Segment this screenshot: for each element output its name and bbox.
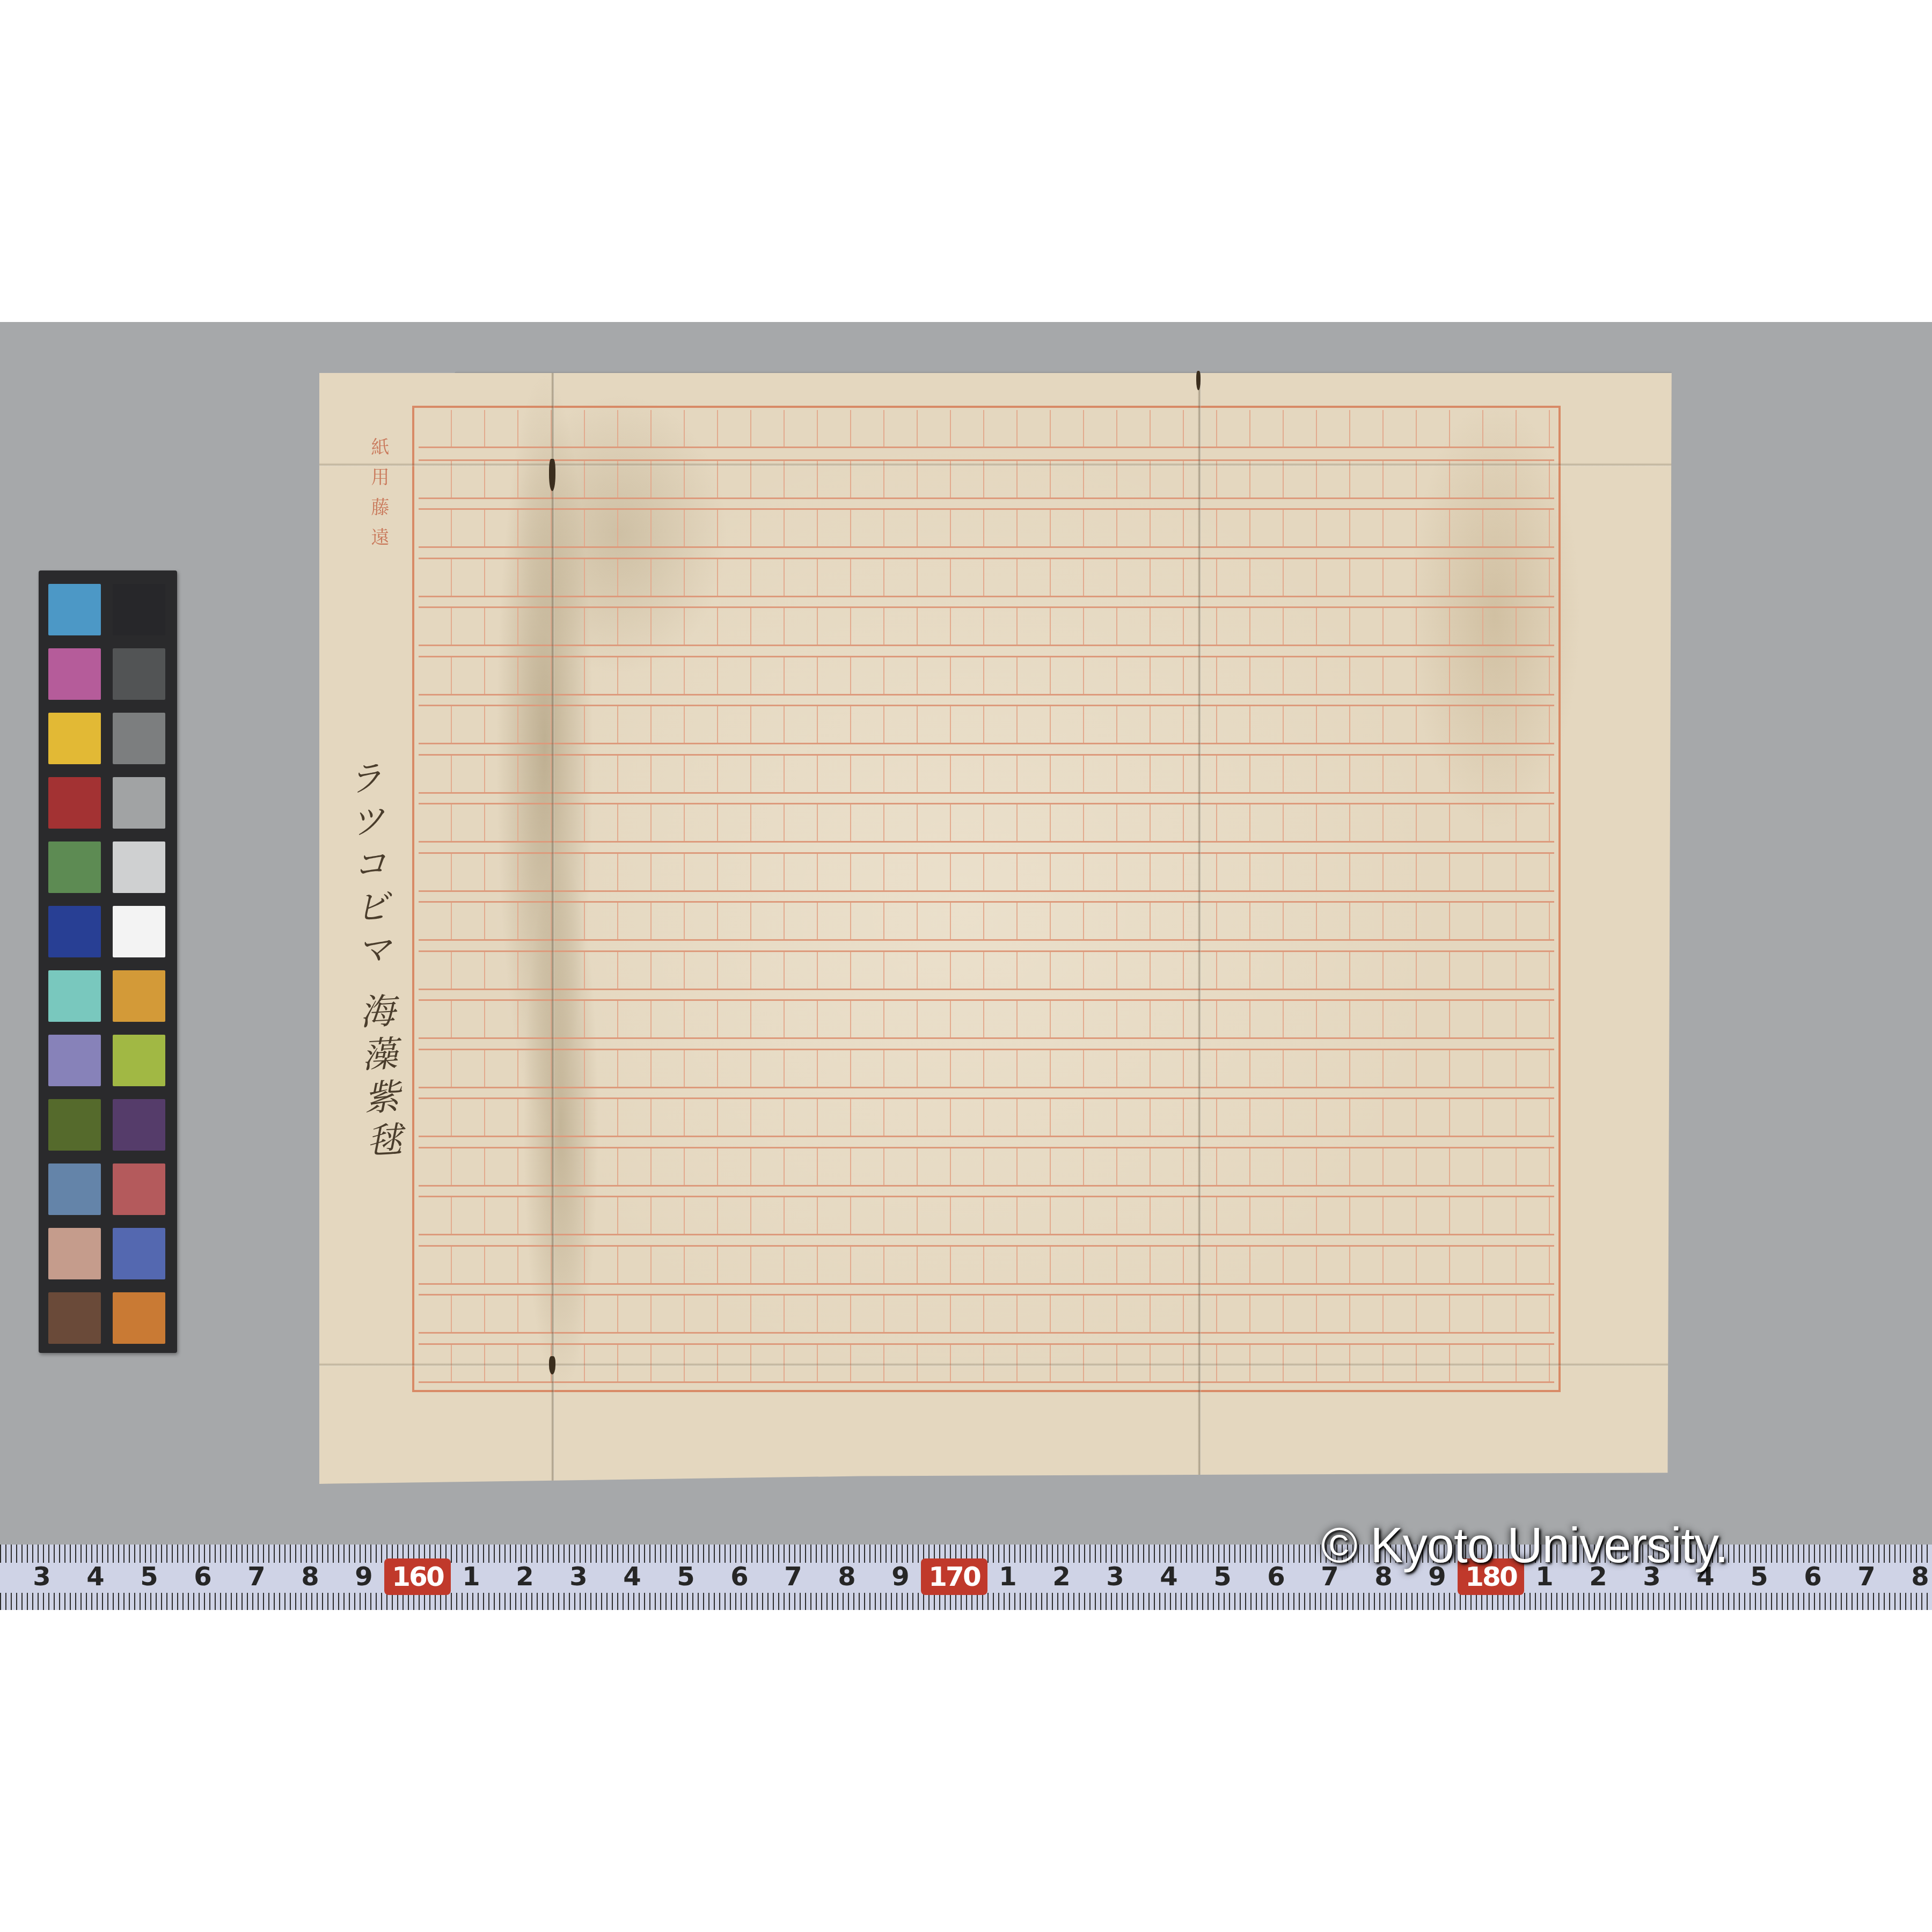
color-swatch <box>48 1035 101 1086</box>
grid-row <box>419 508 1554 548</box>
color-swatch <box>48 713 101 764</box>
tear-mark <box>1196 371 1201 390</box>
color-checker-card <box>39 570 177 1353</box>
grid-row <box>419 950 1554 990</box>
grid-row <box>419 1049 1554 1088</box>
ruler-tick-label: 7 <box>777 1555 809 1598</box>
vertical-fold-right <box>1198 373 1201 1484</box>
ruler-tick-label: 8 <box>1904 1555 1932 1598</box>
ruler-tick-label: 2 <box>1045 1555 1078 1598</box>
ruler-tick-label: 7 <box>1850 1555 1883 1598</box>
color-swatch <box>48 1163 101 1215</box>
color-swatch <box>48 970 101 1022</box>
copyright-watermark: © Kyoto University. <box>1321 1518 1728 1574</box>
ruler-tick-label: 8 <box>294 1555 326 1598</box>
ruler-tick-label: 6 <box>1797 1555 1829 1598</box>
vertical-fold-left <box>551 373 554 1484</box>
ruler-tick-label: 170 <box>921 1558 987 1595</box>
grid-row <box>419 754 1554 794</box>
color-swatch <box>113 841 165 893</box>
grid-row <box>419 410 1554 448</box>
ruler-tick-label: 3 <box>26 1555 58 1598</box>
grid-row <box>419 558 1554 597</box>
grid-row <box>419 1147 1554 1187</box>
grid-row <box>419 1196 1554 1235</box>
printed-paper-label: 紙用藤遠 <box>370 437 392 558</box>
ruler-tick-label: 1 <box>992 1555 1024 1598</box>
grid-row <box>419 999 1554 1039</box>
color-swatch <box>113 1163 165 1215</box>
color-swatch <box>48 584 101 635</box>
ruler-tick-label: 5 <box>1743 1555 1775 1598</box>
ruler-tick-label: 9 <box>348 1555 380 1598</box>
grid-row <box>419 1294 1554 1334</box>
ruler-tick-label: 9 <box>884 1555 917 1598</box>
ruler-tick-label: 5 <box>1206 1555 1239 1598</box>
color-swatch <box>48 648 101 700</box>
color-swatch <box>113 906 165 957</box>
manuscript-grid <box>412 406 1561 1392</box>
ruler-tick-label: 3 <box>562 1555 595 1598</box>
grid-row <box>419 852 1554 892</box>
color-swatch <box>113 1035 165 1086</box>
horizontal-fold-bottom <box>319 1363 1672 1366</box>
horizontal-fold-top <box>319 463 1672 466</box>
grid-row <box>419 656 1554 696</box>
ruler-tick-label: 4 <box>79 1555 112 1598</box>
tear-mark <box>549 1356 555 1374</box>
ruler-tick-label: 1 <box>455 1555 487 1598</box>
color-swatch <box>113 1228 165 1279</box>
ruler-tick-label: 3 <box>1099 1555 1131 1598</box>
color-swatch <box>113 1099 165 1151</box>
grid-row <box>419 606 1554 646</box>
color-swatch <box>48 1099 101 1151</box>
color-swatch <box>113 713 165 764</box>
color-swatch <box>48 777 101 829</box>
ruler-tick-label: 8 <box>831 1555 863 1598</box>
ruler-tick-label: 7 <box>240 1555 273 1598</box>
color-swatch <box>113 648 165 700</box>
color-swatch <box>113 970 165 1022</box>
grid-row <box>419 705 1554 744</box>
color-swatch <box>113 584 165 635</box>
color-swatch <box>48 841 101 893</box>
color-swatch <box>113 777 165 829</box>
color-swatch <box>48 1292 101 1344</box>
color-swatch <box>48 906 101 957</box>
ruler-tick-label: 4 <box>1153 1555 1185 1598</box>
grid-row <box>419 1245 1554 1285</box>
tear-mark <box>549 459 555 491</box>
grid-row <box>419 901 1554 941</box>
ruler-tick-label: 2 <box>509 1555 541 1598</box>
ruler-tick-label: 4 <box>616 1555 648 1598</box>
ruler-tick-label: 5 <box>133 1555 165 1598</box>
ruler-tick-label: 6 <box>1260 1555 1292 1598</box>
grid-row <box>419 1097 1554 1137</box>
color-swatch <box>113 1292 165 1344</box>
ruler-tick-label: 6 <box>723 1555 756 1598</box>
ruler-tick-label: 6 <box>187 1555 219 1598</box>
color-swatch <box>48 1228 101 1279</box>
ruler-tick-label: 5 <box>670 1555 702 1598</box>
manuscript-paper: 紙用藤遠 ラツコビマ 海藻紫毬 <box>319 373 1672 1484</box>
ruler-tick-label: 160 <box>384 1558 451 1595</box>
grid-row <box>419 803 1554 843</box>
